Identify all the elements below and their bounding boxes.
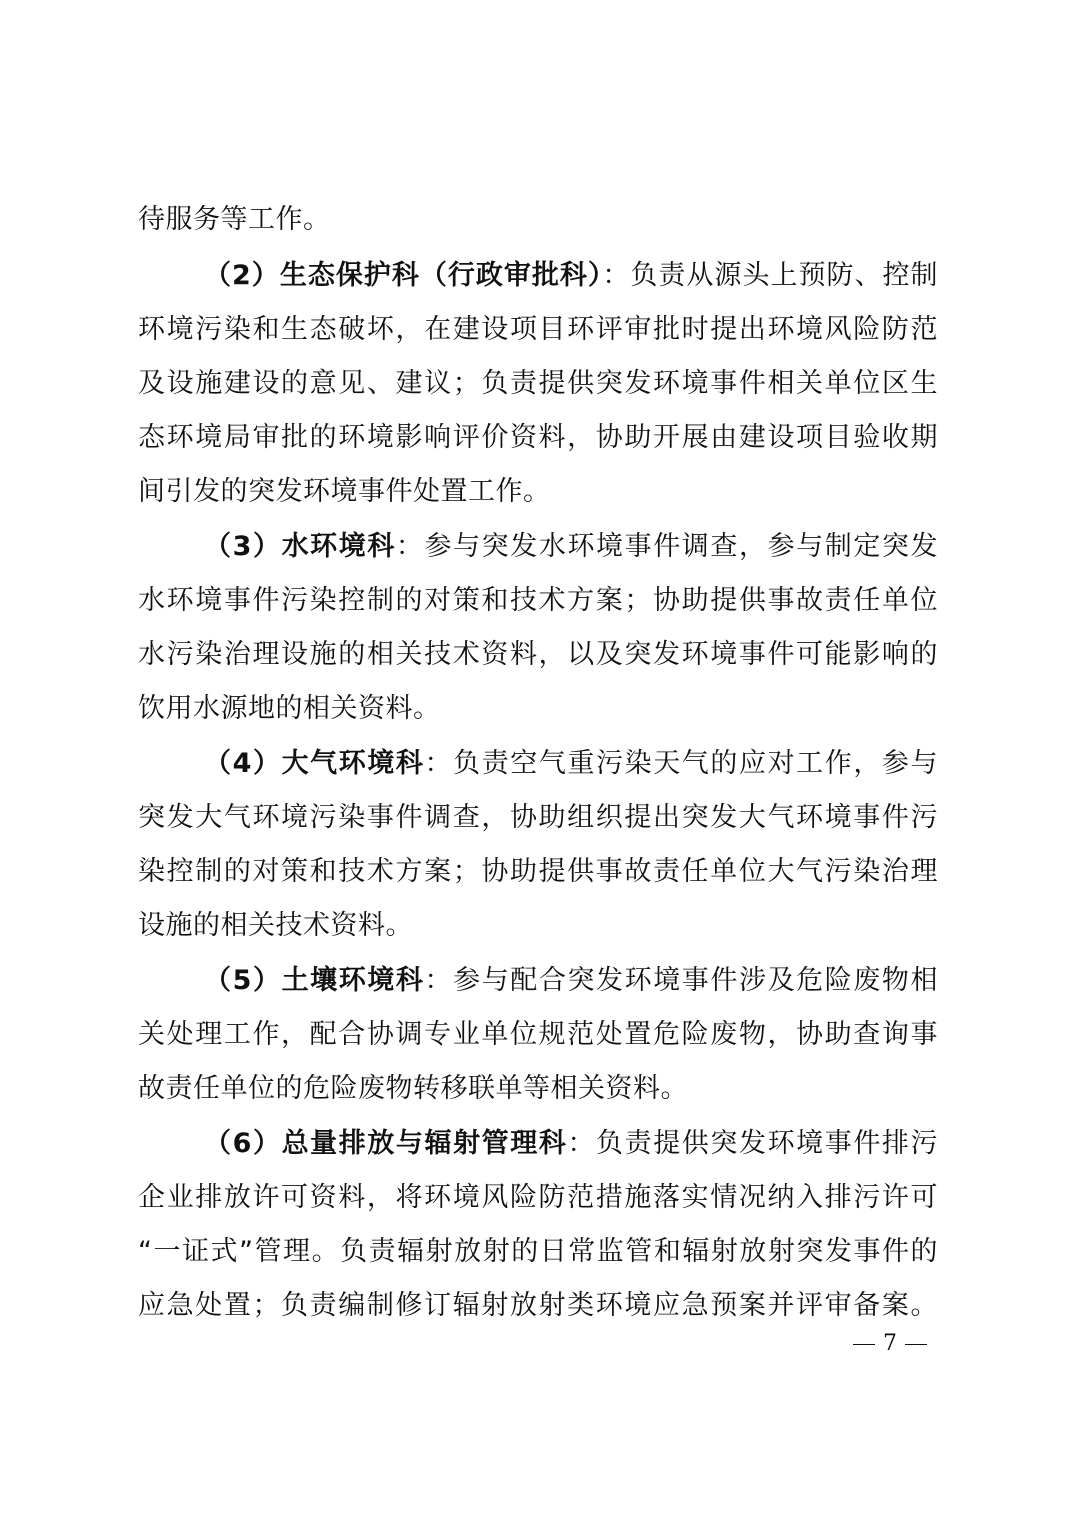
section-number: （6） bbox=[204, 1128, 282, 1159]
section-text: ：负责空气重污染天气的应对工作，参与 bbox=[425, 748, 939, 779]
section-heading: 总量排放与辐射管理科 bbox=[282, 1128, 568, 1159]
section-number: （3） bbox=[204, 531, 282, 562]
text-line: 间引发的突发环境事件处置工作。 bbox=[138, 472, 938, 512]
text-line: “一证式”管理。负责辐射放射的日常监管和辐射放射突发事件的 bbox=[138, 1232, 938, 1272]
section-heading: 土壤环境科 bbox=[282, 965, 425, 996]
section-text: ：参与突发水环境事件调查，参与制定突发 bbox=[396, 531, 938, 562]
text-line: 染控制的对策和技术方案；协助提供事故责任单位大气污染治理 bbox=[138, 852, 938, 892]
text-line: 突发大气环境污染事件调查，协助组织提出突发大气环境事件污 bbox=[138, 798, 938, 838]
text-line: 水污染治理设施的相关技术资料，以及突发环境事件可能影响的 bbox=[138, 635, 938, 675]
section-heading-line: （6）总量排放与辐射管理科：负责提供突发环境事件排污 bbox=[204, 1124, 938, 1164]
text-line: 关处理工作，配合协调专业单位规范处置危险废物，协助查询事 bbox=[138, 1015, 938, 1055]
text-line: 饮用水源地的相关资料。 bbox=[138, 689, 938, 729]
text-line: 态环境局审批的环境影响评价资料，协助开展由建设项目验收期 bbox=[138, 418, 938, 458]
text-line: 设施的相关技术资料。 bbox=[138, 906, 938, 946]
dash-decoration bbox=[853, 1344, 875, 1345]
text-line: 及设施建设的意见、建议；负责提供突发环境事件相关单位区生 bbox=[138, 364, 938, 404]
section-heading-line: （5）土壤环境科：参与配合突发环境事件涉及危险废物相 bbox=[204, 961, 938, 1001]
section-number: （4） bbox=[204, 748, 282, 779]
page-number-value: 7 bbox=[883, 1331, 897, 1356]
text-line: 待服务等工作。 bbox=[138, 200, 938, 240]
dash-decoration bbox=[905, 1344, 927, 1345]
section-heading-line: （3）水环境科：参与突发水环境事件调查，参与制定突发 bbox=[204, 527, 938, 567]
section-number: （5） bbox=[204, 965, 282, 996]
text-line: 应急处置；负责编制修订辐射放射类环境应急预案并评审备案。 bbox=[138, 1286, 938, 1326]
section-text: ：负责从源头上预防、控制 bbox=[602, 260, 938, 291]
section-heading: 大气环境科 bbox=[282, 748, 425, 779]
section-heading-line: （4）大气环境科：负责空气重污染天气的应对工作，参与 bbox=[204, 744, 938, 784]
section-heading: 水环境科 bbox=[282, 531, 396, 562]
text-line: 环境污染和生态破坏，在建设项目环评审批时提出环境风险防范 bbox=[138, 310, 938, 350]
section-text: ：负责提供突发环境事件排污 bbox=[567, 1128, 938, 1159]
section-heading: 生态保护科（行政审批科） bbox=[280, 260, 603, 291]
section-number: （2） bbox=[204, 260, 280, 291]
text-line: 水环境事件污染控制的对策和技术方案；协助提供事故责任单位 bbox=[138, 581, 938, 621]
page-number: 7 bbox=[845, 1329, 935, 1359]
section-text: ：参与配合突发环境事件涉及危险废物相 bbox=[425, 965, 939, 996]
text-line: 企业排放许可资料，将环境风险防范措施落实情况纳入排污许可 bbox=[138, 1178, 938, 1218]
section-heading-line: （2）生态保护科（行政审批科）：负责从源头上预防、控制 bbox=[204, 256, 938, 296]
text-line: 故责任单位的危险废物转移联单等相关资料。 bbox=[138, 1069, 938, 1109]
